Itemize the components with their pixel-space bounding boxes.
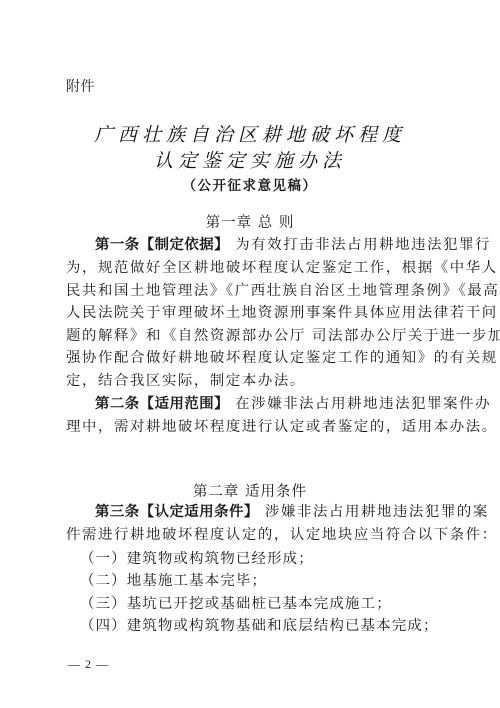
condition-item-4: （四）建筑物或构筑物基础和底层结构已基本完成； <box>80 617 439 635</box>
article-3-label: 第三条【认定适用条件】 <box>95 503 259 520</box>
article-2-label: 第二条【适用范围】 <box>95 395 229 412</box>
article-1-label: 第一条【制定依据】 <box>95 236 229 253</box>
article-1-line-5: 强协作配合做好耕地破坏程度认定鉴定工作的通知》的有关规 <box>66 349 434 367</box>
article-1-line-1: 为，规范做好全区耕地破坏程度认定鉴定工作，根据《中华人 <box>66 259 434 277</box>
chapter-1-heading: 第一章 总 则 <box>0 211 500 232</box>
page-number: — 2 — <box>68 657 109 672</box>
article-2-line-1: 理中，需对耕地破坏程度进行认定或者鉴定的，适用本办法。 <box>66 418 434 436</box>
chapter-2-heading: 第二章 适用条件 <box>0 480 500 501</box>
article-2-line-0: 第二条【适用范围】 在涉嫌非法占用耕地违法犯罪案件办 <box>95 395 434 413</box>
document-subtitle: （公开征求意见稿） <box>0 174 500 194</box>
condition-item-2: （二）地基施工基本完毕； <box>80 572 267 590</box>
article-1-line-3: 人民法院关于审理破坏土地资源刑事案件具体应用法律若干问 <box>66 304 434 322</box>
article-1-line-4: 题的解释》和《自然资源部办公厅 司法部办公厅关于进一步加 <box>66 327 434 345</box>
condition-item-3: （三）基坑已开挖或基础桩已基本完成施工； <box>80 595 392 613</box>
article-1-line-0: 第一条【制定依据】 为有效打击非法占用耕地违法犯罪行 <box>95 236 434 254</box>
article-3-line-0: 第三条【认定适用条件】 涉嫌非法占用耕地违法犯罪的案 <box>95 503 434 521</box>
article-1-line-6: 定，结合我区实际，制定本办法。 <box>66 372 434 390</box>
condition-item-1: （一）建筑物或构筑物已经形成； <box>80 550 314 568</box>
article-3-line-1: 件需进行耕地破坏程度认定的，认定地块应当符合以下条件： <box>66 526 434 544</box>
document-title-line-1: 广西壮族自治区耕地破坏程度 <box>0 120 500 147</box>
article-1-line-2: 民共和国土地管理法》《广西壮族自治区土地管理条例》《最高 <box>66 282 434 300</box>
document-title-line-2: 认定鉴定实施办法 <box>0 146 500 173</box>
attachment-label: 附件 <box>66 76 95 96</box>
